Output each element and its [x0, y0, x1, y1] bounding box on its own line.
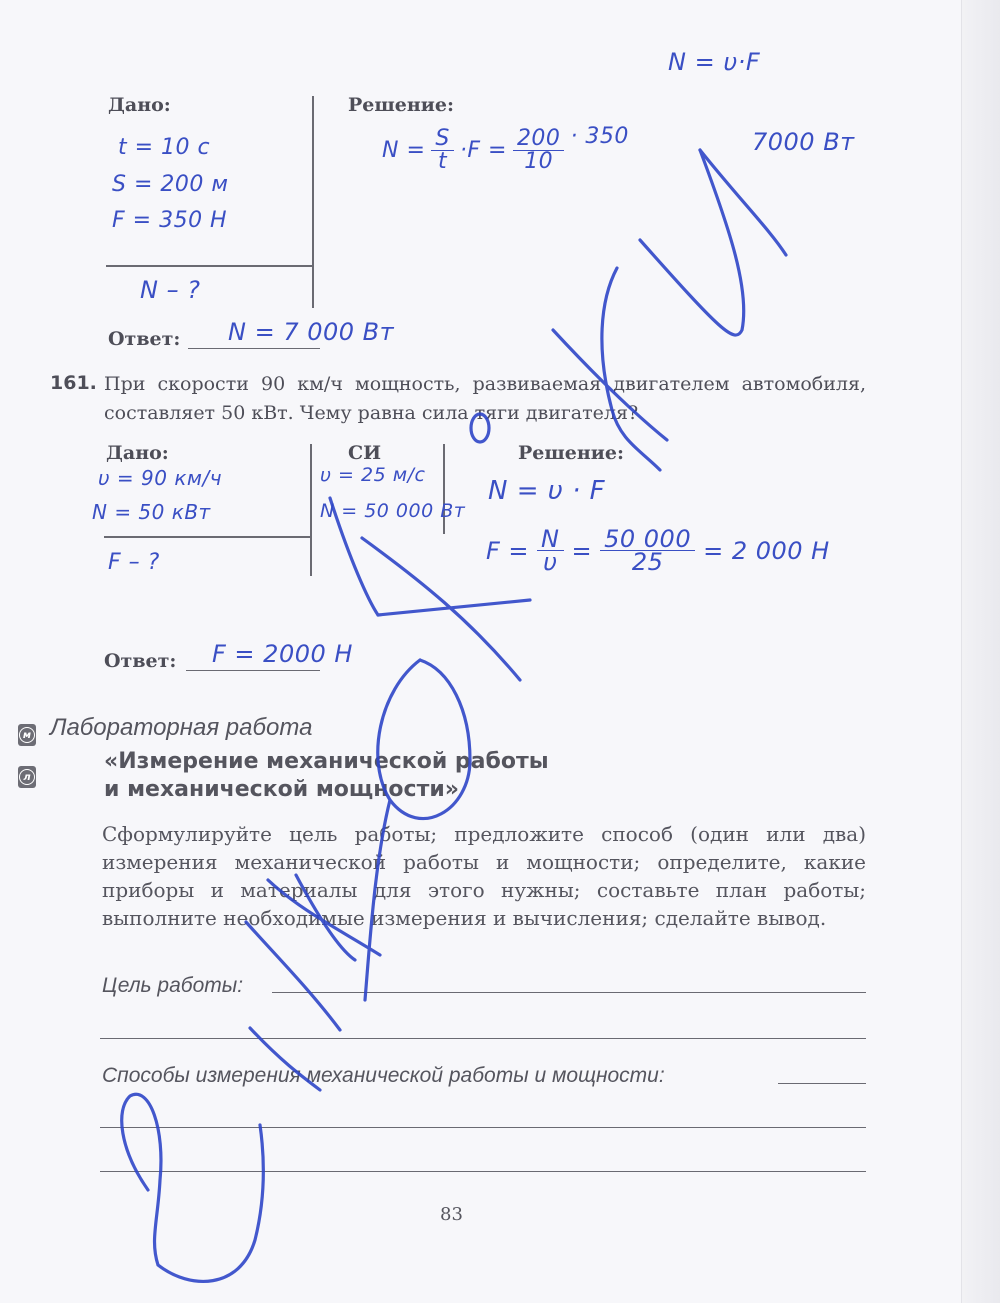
fraction: N υ [537, 528, 563, 573]
page-number: 83 [440, 1204, 463, 1225]
solution-result: 7000 Вт [752, 128, 855, 156]
fraction: 200 10 [513, 128, 565, 173]
si-label: СИ [348, 442, 381, 464]
badge-m-icon: м [18, 724, 36, 746]
handwritten-note: N = υ·F [668, 48, 760, 76]
lab-instructions: Сформулируйте цель работы; предложите сп… [102, 820, 866, 932]
given-divider [310, 444, 312, 576]
si-value: υ = 25 м/с [320, 464, 425, 486]
unknown-value: F – ? [108, 550, 160, 575]
fraction: S t [431, 128, 453, 173]
badge-l-icon: л [18, 766, 36, 788]
given-label: Дано: [108, 94, 171, 116]
given-value: t = 10 с [118, 135, 210, 160]
given-underline [106, 265, 313, 267]
unknown-value: N – ? [140, 276, 200, 304]
lab-title-line1: «Измерение механической работы [104, 748, 549, 776]
methods-label: Способы измерения механической работы и … [102, 1064, 665, 1088]
answer-line [188, 348, 320, 349]
solution-formula: F = N υ = 50 000 25 = 2 000 Н [486, 528, 830, 573]
answer-value: N = 7 000 Вт [228, 318, 394, 346]
answer-label: Ответ: [104, 650, 176, 672]
answer-value: F = 2000 Н [212, 640, 353, 668]
formula-lhs: N = [382, 138, 425, 163]
methods-line[interactable] [100, 1171, 866, 1172]
solution-line: N = υ · F [488, 476, 605, 506]
task-number: 161. [50, 372, 97, 394]
given-label: Дано: [106, 442, 169, 464]
given-value: S = 200 м [112, 172, 228, 197]
given-value: F = 350 Н [112, 208, 227, 233]
given-value: υ = 90 км/ч [98, 466, 222, 490]
answer-line [186, 670, 320, 671]
answer-label: Ответ: [108, 328, 180, 350]
given-divider [312, 96, 314, 308]
page-edge [961, 0, 1000, 1303]
lab-subtitle: Лабораторная работа [50, 714, 312, 742]
given-underline [104, 536, 311, 538]
given-value: N = 50 кВт [92, 500, 211, 524]
goal-line[interactable] [100, 1038, 866, 1039]
si-value: N = 50 000 Вт [320, 500, 465, 522]
methods-line[interactable] [778, 1083, 866, 1084]
solution-formula: N = S t ·F = 200 10 · 350 [382, 128, 629, 173]
lab-title-line2: и механической мощности» [104, 776, 459, 804]
goal-label: Цель работы: [102, 974, 243, 998]
methods-line[interactable] [100, 1127, 866, 1128]
task-text: При скорости 90 км/ч мощность, развиваем… [104, 370, 866, 428]
solution-label: Решение: [518, 442, 624, 464]
solution-label: Решение: [348, 94, 454, 116]
goal-line[interactable] [272, 992, 866, 993]
fraction: 50 000 25 [600, 528, 695, 573]
